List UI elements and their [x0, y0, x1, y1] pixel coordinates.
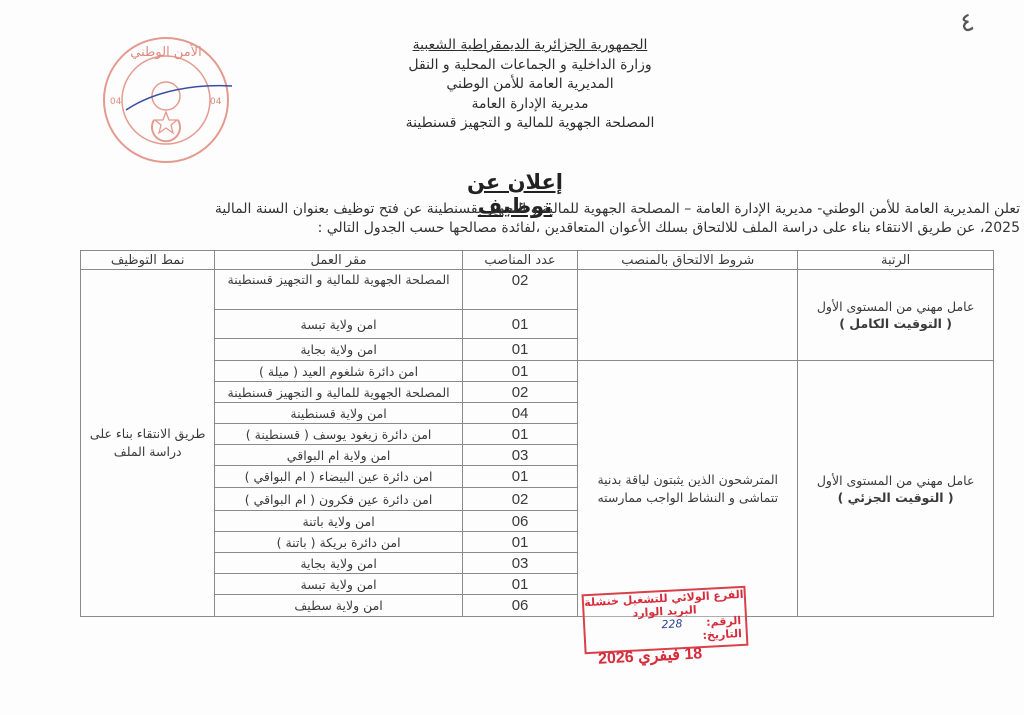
count-cell: 01 — [462, 339, 577, 361]
letterhead-line: الجمهورية الجزائرية الديمقراطية الشعبية — [380, 36, 680, 56]
letterhead-line: وزارة الداخلية و الجماعات المحلية و النق… — [380, 56, 680, 76]
count-cell: 01 — [462, 532, 577, 553]
place-cell: المصلحة الجهوية للمالية و التجهيز قسنطين… — [215, 270, 463, 310]
place-cell: المصلحة الجهوية للمالية و التجهيز قسنطين… — [215, 382, 463, 403]
incoming-mail-stamp: الفرع الولائي للتشغيل خنشلة البريد الوار… — [582, 586, 749, 655]
count-cell: 01 — [462, 424, 577, 445]
count-cell: 02 — [462, 382, 577, 403]
seal-icon: الأمن الوطني 04 04 — [96, 34, 236, 166]
mode-line: طريق الانتقاء بناء على — [85, 425, 210, 443]
positions-table: الرتبة شروط الالتحاق بالمنصب عدد المناصب… — [80, 250, 994, 617]
place-cell: امن ولاية بجاية — [215, 339, 463, 361]
letterhead-line: مديرية الإدارة العامة — [380, 95, 680, 115]
rank-label: عامل مهني من المستوى الأول — [802, 472, 989, 489]
rank-full-time: عامل مهني من المستوى الأول ( التوقيت الك… — [798, 270, 994, 361]
rank-schedule: ( التوقيت الكامل ) — [802, 315, 989, 332]
count-cell: 01 — [462, 574, 577, 595]
place-cell: امن دائرة بريكة ( باتنة ) — [215, 532, 463, 553]
place-cell: امن ولاية سطيف — [215, 595, 463, 617]
intro-line: تعلن المديرية العامة للأمن الوطني- مديري… — [86, 200, 1020, 219]
table-header-row: الرتبة شروط الالتحاق بالمنصب عدد المناصب… — [81, 251, 994, 270]
place-cell: امن دائرة زيغود يوسف ( قسنطينة ) — [215, 424, 463, 445]
stamp-date-value: 18 فيفري 2026 — [598, 643, 703, 668]
mode-line: دراسة الملف — [85, 443, 210, 461]
stamp-date-label: التاريخ: — [702, 627, 742, 642]
count-cell: 01 — [462, 466, 577, 488]
letterhead-line: المصلحة الجهوية للمالية و التجهيز قسنطين… — [380, 114, 680, 134]
table-row: عامل مهني من المستوى الأول ( التوقيت الك… — [81, 270, 994, 310]
letterhead: الجمهورية الجزائرية الديمقراطية الشعبية … — [380, 36, 680, 134]
place-cell: امن دائرة عين فكرون ( ام البواقي ) — [215, 488, 463, 511]
rank-part-time: عامل مهني من المستوى الأول ( التوقيت الج… — [798, 361, 994, 617]
header-mode-label: نمط التوظيف — [111, 253, 185, 268]
place-cell: امن ولاية قسنطينة — [215, 403, 463, 424]
count-cell: 02 — [462, 270, 577, 310]
table-row: عامل مهني من المستوى الأول ( التوقيت الج… — [81, 361, 994, 382]
count-cell: 04 — [462, 403, 577, 424]
header-count: عدد المناصب — [462, 251, 577, 270]
header-rank: الرتبة — [798, 251, 994, 270]
header-mode: نمط التوظيف — [81, 251, 215, 270]
handwritten-page-number: ٤ — [957, 7, 977, 39]
count-cell: 01 — [462, 310, 577, 339]
conditions-line: تتماشى و النشاط الواجب ممارسته — [582, 489, 793, 507]
recruitment-mode: طريق الانتقاء بناء على دراسة الملف — [81, 270, 215, 617]
svg-text:04: 04 — [210, 97, 222, 107]
place-cell: امن دائرة عين البيضاء ( ام البواقي ) — [215, 466, 463, 488]
official-seal: الأمن الوطني 04 04 — [96, 34, 236, 166]
place-cell: امن ولاية باتنة — [215, 511, 463, 532]
count-cell: 03 — [462, 445, 577, 466]
intro-paragraph: تعلن المديرية العامة للأمن الوطني- مديري… — [86, 200, 1020, 238]
count-cell: 03 — [462, 553, 577, 574]
place-cell: امن ولاية ام البواقي — [215, 445, 463, 466]
intro-line: 2025، عن طريق الانتقاء بناء على دراسة ال… — [86, 219, 1020, 238]
rank-label: عامل مهني من المستوى الأول — [802, 298, 989, 315]
document-page: ٤ الأمن الوطني 04 04 الجمهورية الجزائرية… — [0, 0, 1024, 715]
place-cell: امن ولاية تبسة — [215, 574, 463, 595]
place-cell: امن دائرة شلغوم العيد ( ميلة ) — [215, 361, 463, 382]
count-cell: 01 — [462, 361, 577, 382]
place-cell: امن ولاية بجاية — [215, 553, 463, 574]
count-cell: 06 — [462, 511, 577, 532]
header-place: مقر العمل — [215, 251, 463, 270]
place-cell: امن ولاية تبسة — [215, 310, 463, 339]
conditions-cell: المترشحون الذين يثبتون لياقة بدنية تتماش… — [578, 361, 798, 617]
rank-schedule: ( التوقيت الجزئي ) — [802, 489, 989, 506]
header-conditions: شروط الالتحاق بالمنصب — [578, 251, 798, 270]
conditions-line: المترشحون الذين يثبتون لياقة بدنية — [582, 471, 793, 489]
stamp-number-value: 228 — [661, 617, 683, 631]
letterhead-line: المديرية العامة للأمن الوطني — [380, 75, 680, 95]
conditions-cell-empty — [578, 270, 798, 361]
svg-text:الأمن الوطني: الأمن الوطني — [130, 43, 201, 60]
svg-text:04: 04 — [110, 97, 122, 107]
count-cell: 06 — [462, 595, 577, 617]
count-cell: 02 — [462, 488, 577, 511]
